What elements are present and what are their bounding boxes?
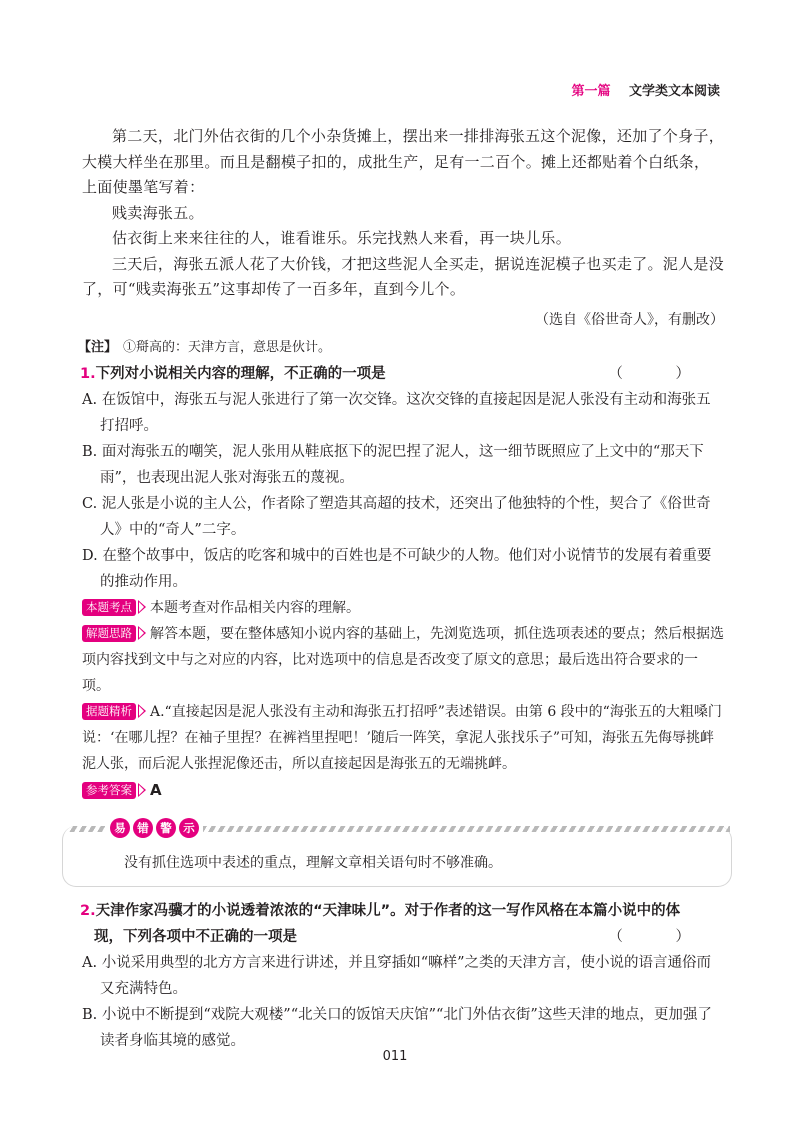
warning-char: 错 xyxy=(133,818,153,838)
footnote-text: ①搿高的：天津方言，意思是伙计。 xyxy=(123,340,331,355)
answer-value: A xyxy=(150,781,162,799)
passage-paragraph: 三天后，海张五派人花了大价钱，才把这些泥人全买走，据说连泥模子也买走了。泥人是没… xyxy=(82,252,724,303)
reference-answer: 参考答案A xyxy=(82,777,724,804)
warning-char: 示 xyxy=(179,818,199,838)
analysis-text: A.“直接起因是泥人张没有主动和海张五打招呼”表述错误。由第 6 段中的“海张五… xyxy=(82,704,722,772)
question-text: 天津作家冯骥才的小说透着浓浓的“天津味儿”。对于作者的这一写作风格在本篇小说中的… xyxy=(96,903,681,919)
part-label: 第一篇 xyxy=(571,84,610,99)
analysis-approach: 解题思路解答本题，要在整体感知小说内容的基础上，先浏览选项，抓住选项表述的要点；… xyxy=(82,621,724,699)
footnote: 【注】①搿高的：天津方言，意思是伙计。 xyxy=(78,335,724,361)
arrow-icon xyxy=(138,600,146,614)
analysis-point: 本题考点本题考查对作品相关内容的理解。 xyxy=(82,595,724,621)
question-2-stem: 2.天津作家冯骥才的小说透着浓浓的“天津味儿”。对于作者的这一写作风格在本篇小说… xyxy=(80,898,724,924)
badge-label: 参考答案 xyxy=(82,782,136,799)
analysis-text: 本题考查对作品相关内容的理解。 xyxy=(150,600,360,616)
question-text: 现，下列各项中不正确的一项是 xyxy=(80,929,297,945)
question-text: 下列对小说相关内容的理解，不正确的一项是 xyxy=(96,366,386,382)
arrow-icon xyxy=(138,626,146,640)
error-warning-box: 易 错 警 示 没有抓住选项中表述的重点，理解文章相关语句时不够准确。 xyxy=(62,818,742,888)
badge-label: 解题思路 xyxy=(82,625,136,642)
section-label: 文学类文本阅读 xyxy=(629,84,720,99)
option-c: C. 泥人张是小说的主人公，作者除了塑造其高超的技术，还突出了他独特的个性，契合… xyxy=(82,491,724,543)
option-b: B. 面对海张五的嘲笑，泥人张用从鞋底抠下的泥巴捏了泥人，这一细节既照应了上文中… xyxy=(82,439,724,491)
page-content: 第二天，北门外估衣街的几个小杂货摊上，摆出来一排排海张五这个泥像，还加了个身子，… xyxy=(82,124,724,1054)
warning-text: 没有抓住选项中表述的重点，理解文章相关语句时不够准确。 xyxy=(124,852,502,872)
passage-source: （选自《俗世奇人》，有删改） xyxy=(82,307,724,333)
arrow-icon xyxy=(138,704,146,718)
warning-char: 易 xyxy=(110,818,130,838)
option-a: A. 在饭馆中，海张五与泥人张进行了第一次交锋。这次交锋的直接起因是泥人张没有主… xyxy=(82,387,724,439)
running-header: 第一篇 文学类文本阅读 xyxy=(571,80,720,99)
passage-paragraph: 贱卖海张五。 xyxy=(82,201,724,227)
question-number: 2. xyxy=(80,903,96,919)
passage-paragraph: 估衣街上来来往往的人，谁看谁乐。乐完找熟人来看，再一块儿乐。 xyxy=(82,226,724,252)
badge-label: 本题考点 xyxy=(82,599,136,616)
answer-blank[interactable]: （ ） xyxy=(608,361,714,387)
arrow-icon xyxy=(138,783,146,797)
warning-char: 警 xyxy=(156,818,176,838)
warning-title: 易 错 警 示 xyxy=(106,818,203,838)
question-number: 1. xyxy=(80,366,96,382)
analysis-text: 解答本题，要在整体感知小说内容的基础上，先浏览选项，抓住选项表述的要点；然后根据… xyxy=(82,626,724,694)
option-b: B. 小说中不断提到“戏院大观楼”“北关口的饭馆天庆馆”“北门外估衣街”这些天津… xyxy=(82,1002,724,1054)
badge-label: 据题精析 xyxy=(82,703,136,720)
passage-paragraph: 第二天，北门外估衣街的几个小杂货摊上，摆出来一排排海张五这个泥像，还加了个身子，… xyxy=(82,124,724,201)
option-a: A. 小说采用典型的北方方言来进行讲述，并且穿插如“嘛样”之类的天津方言，使小说… xyxy=(82,950,724,1002)
answer-blank[interactable]: （ ） xyxy=(608,924,714,950)
question-2-stem-cont: 现，下列各项中不正确的一项是 （ ） xyxy=(80,924,724,950)
option-d: D. 在整个故事中，饭店的吃客和城中的百姓也是不可缺少的人物。他们对小说情节的发… xyxy=(82,543,724,595)
question-1-stem: 1.下列对小说相关内容的理解，不正确的一项是 （ ） xyxy=(80,361,724,387)
footnote-tag: 【注】 xyxy=(78,340,117,355)
page-number: 011 xyxy=(0,1049,790,1064)
analysis-detail: 据题精析A.“直接起因是泥人张没有主动和海张五打招呼”表述错误。由第 6 段中的… xyxy=(82,699,724,777)
